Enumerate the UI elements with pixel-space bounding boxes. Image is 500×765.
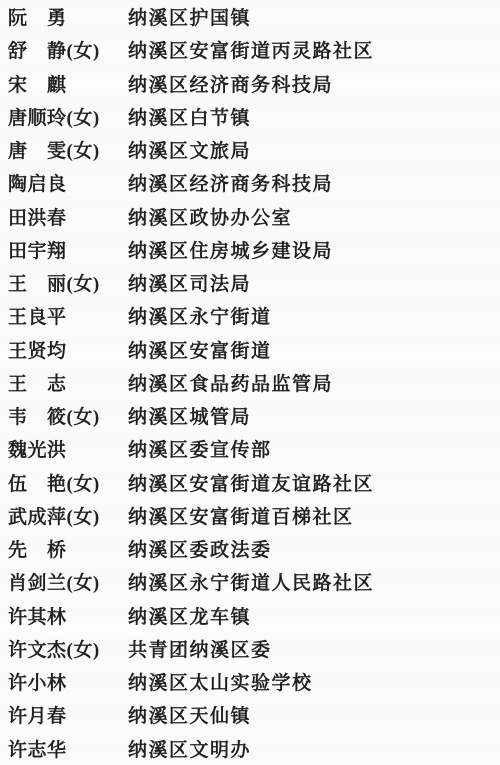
table-row: 伍 艳(女) 纳溪区安富街道友谊路社区 (8, 466, 500, 499)
work-unit: 纳溪区文旅局 (128, 136, 251, 163)
table-row: 唐 雯(女) 纳溪区文旅局 (8, 133, 500, 166)
person-name: 王 丽(女) (8, 269, 128, 296)
work-unit: 纳溪区安富街道友谊路社区 (128, 469, 374, 496)
person-name: 王贤均 (8, 336, 128, 363)
person-name: 许其林 (8, 602, 128, 629)
person-name: 王 志 (8, 369, 128, 396)
table-row: 许月春 纳溪区天仙镇 (8, 698, 500, 731)
person-name: 肖剑兰(女) (8, 568, 128, 595)
work-unit: 纳溪区经济商务科技局 (128, 70, 333, 97)
table-row: 王 志 纳溪区食品药品监管局 (8, 366, 500, 399)
work-unit: 纳溪区食品药品监管局 (128, 369, 333, 396)
work-unit: 纳溪区安富街道百梯社区 (128, 502, 354, 529)
work-unit: 纳溪区委政法委 (128, 535, 272, 562)
table-row: 陶启良 纳溪区经济商务科技局 (8, 166, 500, 199)
work-unit: 纳溪区太山实验学校 (128, 668, 313, 695)
table-row: 田洪春 纳溪区政协办公室 (8, 200, 500, 233)
table-row: 武成萍(女) 纳溪区安富街道百梯社区 (8, 499, 500, 532)
person-name: 韦 筱(女) (8, 402, 128, 429)
person-name: 唐顺玲(女) (8, 103, 128, 130)
table-row: 舒 静(女) 纳溪区安富街道丙灵路社区 (8, 33, 500, 66)
person-name: 许小林 (8, 668, 128, 695)
work-unit: 纳溪区政协办公室 (128, 203, 292, 230)
work-unit: 纳溪区永宁街道人民路社区 (128, 568, 374, 595)
work-unit: 纳溪区安富街道 (128, 336, 272, 363)
person-name: 许文杰(女) (8, 635, 128, 662)
work-unit: 纳溪区永宁街道 (128, 302, 272, 329)
table-row: 许其林 纳溪区龙车镇 (8, 599, 500, 632)
table-row: 先 桥 纳溪区委政法委 (8, 532, 500, 565)
table-row: 田宇翔 纳溪区住房城乡建设局 (8, 233, 500, 266)
table-row: 韦 筱(女) 纳溪区城管局 (8, 399, 500, 432)
person-name: 武成萍(女) (8, 502, 128, 529)
table-row: 肖剑兰(女) 纳溪区永宁街道人民路社区 (8, 565, 500, 598)
work-unit: 纳溪区龙车镇 (128, 602, 251, 629)
person-name: 唐 雯(女) (8, 136, 128, 163)
work-unit: 纳溪区委宣传部 (128, 435, 272, 462)
document-page: 阮 勇 纳溪区护国镇 舒 静(女) 纳溪区安富街道丙灵路社区 宋 麒 纳溪区经济… (0, 0, 500, 765)
person-name: 田宇翔 (8, 236, 128, 263)
work-unit: 纳溪区司法局 (128, 269, 251, 296)
person-name: 宋 麒 (8, 70, 128, 97)
table-row: 王 丽(女) 纳溪区司法局 (8, 266, 500, 299)
work-unit: 纳溪区经济商务科技局 (128, 169, 333, 196)
person-name: 魏光洪 (8, 435, 128, 462)
table-row: 魏光洪 纳溪区委宣传部 (8, 432, 500, 465)
table-row: 许文杰(女) 共青团纳溪区委 (8, 632, 500, 665)
table-row: 许志华 纳溪区文明办 (8, 732, 500, 765)
work-unit: 纳溪区住房城乡建设局 (128, 236, 333, 263)
table-row: 许小林 纳溪区太山实验学校 (8, 665, 500, 698)
person-name: 阮 勇 (8, 3, 128, 30)
table-row: 唐顺玲(女) 纳溪区白节镇 (8, 100, 500, 133)
table-row: 阮 勇 纳溪区护国镇 (8, 0, 500, 33)
work-unit: 纳溪区文明办 (128, 735, 251, 762)
person-name: 舒 静(女) (8, 36, 128, 63)
work-unit: 纳溪区天仙镇 (128, 701, 251, 728)
person-name: 陶启良 (8, 169, 128, 196)
person-name: 先 桥 (8, 535, 128, 562)
table-row: 王良平 纳溪区永宁街道 (8, 299, 500, 332)
roster-list: 阮 勇 纳溪区护国镇 舒 静(女) 纳溪区安富街道丙灵路社区 宋 麒 纳溪区经济… (8, 0, 500, 765)
table-row: 宋 麒 纳溪区经济商务科技局 (8, 67, 500, 100)
work-unit: 共青团纳溪区委 (128, 635, 272, 662)
work-unit: 纳溪区安富街道丙灵路社区 (128, 36, 374, 63)
person-name: 伍 艳(女) (8, 469, 128, 496)
work-unit: 纳溪区城管局 (128, 402, 251, 429)
table-row: 王贤均 纳溪区安富街道 (8, 333, 500, 366)
work-unit: 纳溪区护国镇 (128, 3, 251, 30)
person-name: 许月春 (8, 701, 128, 728)
person-name: 王良平 (8, 302, 128, 329)
person-name: 田洪春 (8, 203, 128, 230)
work-unit: 纳溪区白节镇 (128, 103, 251, 130)
person-name: 许志华 (8, 735, 128, 762)
